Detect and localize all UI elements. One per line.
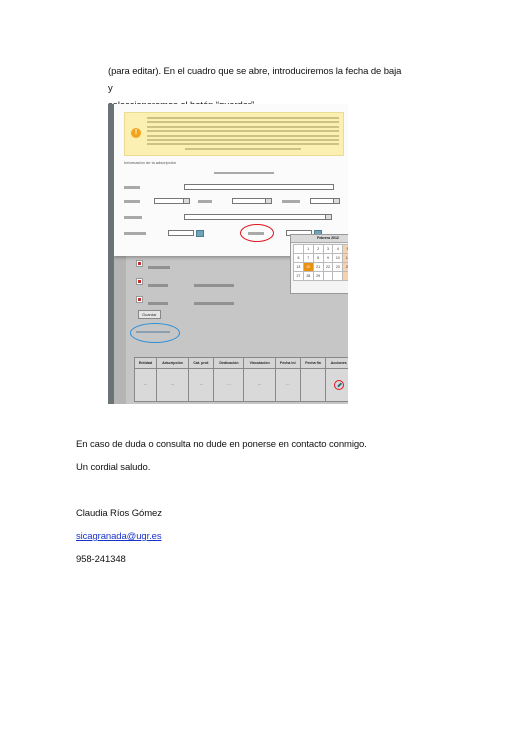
row-hint: [194, 302, 234, 305]
fecha-inicio-field[interactable]: [168, 230, 194, 236]
col-header: Fecha fin: [300, 358, 325, 369]
section-title: Información de la adscripción: [124, 160, 176, 165]
cell: ···: [156, 369, 188, 402]
link-text[interactable]: [136, 331, 170, 333]
cell: ···: [214, 369, 244, 402]
row-label: [148, 266, 170, 269]
edit-pencil-icon[interactable]: [334, 380, 344, 390]
notice-text: [147, 117, 339, 152]
calendar-icon[interactable]: [196, 230, 204, 237]
closing-paragraph: En caso de duda o consulta no dude en po…: [76, 436, 367, 453]
warning-icon: !: [131, 128, 141, 138]
greeting: Un cordial saludo.: [76, 459, 150, 476]
intro-line-1: (para editar). En el cuadro que se abre,…: [108, 63, 408, 97]
label-tipo2: [198, 200, 212, 203]
row-label: [148, 302, 168, 305]
label-cat-prof: [124, 216, 142, 219]
col-header: Vinculación: [244, 358, 275, 369]
embedded-screenshot: ! Información de la adscripción Guardar: [108, 104, 348, 404]
col-header: Fecha ini: [275, 358, 300, 369]
label-fecha-fin: [248, 232, 264, 235]
checkbox[interactable]: [136, 278, 143, 285]
assignments-table: Entidad Adscripción Cat. prof. Dedicació…: [134, 357, 348, 402]
label-entidad: [124, 186, 140, 189]
calendar-grid[interactable]: 123456 6789101112 13202122232526 272829: [293, 244, 348, 281]
col-header: Cat. prof.: [189, 358, 214, 369]
row-label: [148, 284, 168, 287]
save-button[interactable]: Guardar: [138, 310, 161, 319]
checkbox[interactable]: [136, 296, 143, 303]
label-tipo: [124, 200, 140, 203]
col-header: Acciones: [326, 358, 348, 369]
date-picker[interactable]: Febrero 2012 123456 6789101112 132021222…: [290, 234, 348, 294]
col-header: Dedicación: [214, 358, 244, 369]
table-row: ··· ··· ··· ··· ··· ···: [135, 369, 349, 402]
col-header: Entidad: [135, 358, 157, 369]
tipo3-select[interactable]: [310, 198, 340, 204]
cell: [300, 369, 325, 402]
signature-email-link[interactable]: sicagranada@ugr.es: [76, 528, 161, 545]
blue-highlight: [130, 323, 180, 343]
cell: ···: [275, 369, 300, 402]
signature-name: Claudia Ríos Gómez: [76, 505, 162, 522]
calendar-month: Febrero 2012: [291, 235, 348, 243]
label-tipo3: [282, 200, 300, 203]
col-header: Adscripción: [156, 358, 188, 369]
tipo-select[interactable]: [154, 198, 190, 204]
signature-phone: 958-241348: [76, 551, 126, 568]
tipo2-select[interactable]: [232, 198, 272, 204]
subheading: [214, 172, 274, 174]
label-fecha-inicio: [124, 232, 146, 235]
cell-actions: [326, 369, 348, 402]
cat-prof-select[interactable]: [184, 214, 332, 220]
row-hint: [194, 284, 234, 287]
cell: ···: [189, 369, 214, 402]
cell: ···: [135, 369, 157, 402]
cell: ···: [244, 369, 275, 402]
entidad-field[interactable]: [184, 184, 334, 190]
today-button[interactable]: Hoy: [291, 282, 348, 286]
warning-notice: !: [124, 112, 344, 156]
checkbox[interactable]: [136, 260, 143, 267]
